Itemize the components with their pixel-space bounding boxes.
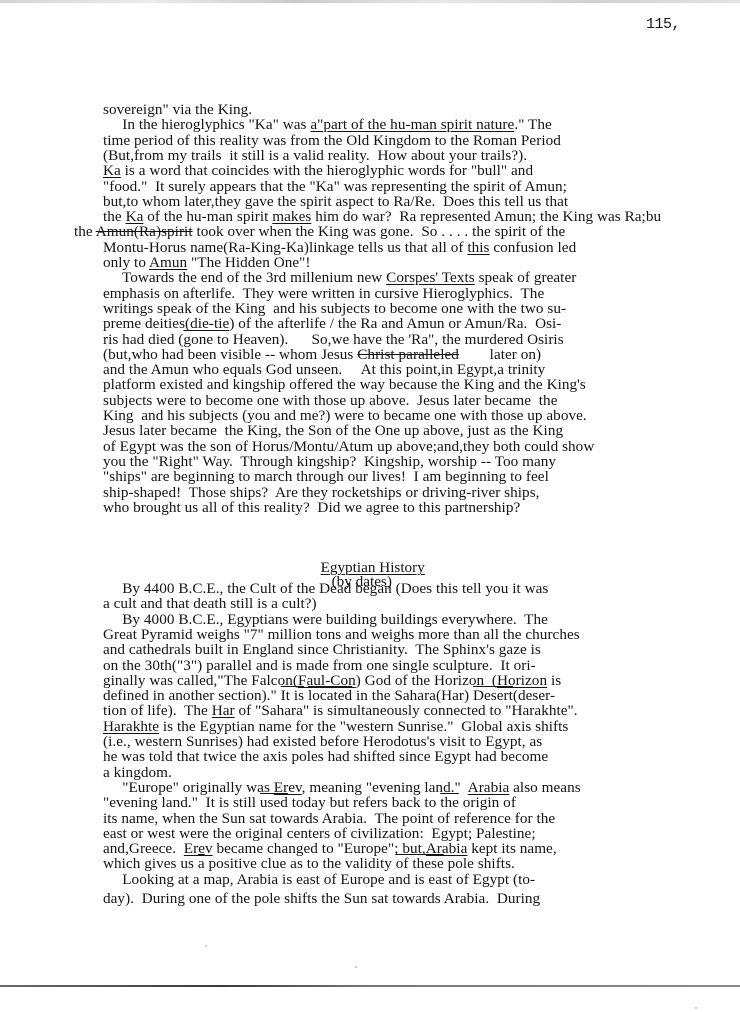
text-segment: Looking at a map, Arabia is east of Euro… <box>103 871 535 888</box>
text-segment: who brought us all of this reality? Did … <box>103 499 520 516</box>
scan-speck <box>205 945 207 947</box>
text-segment: also means <box>509 779 580 796</box>
text-segment: confusion led <box>489 239 576 256</box>
underlined-text: this <box>467 239 489 256</box>
footer-rule <box>0 985 740 987</box>
scan-speck <box>695 1007 697 1009</box>
text-line: Looking at a map, Arabia is east of Euro… <box>103 870 535 889</box>
text-segment: day). During one of the pole shifts the … <box>103 890 540 907</box>
text-line: day). During one of the pole shifts the … <box>103 889 540 908</box>
text-line: who brought us all of this reality? Did … <box>103 498 520 517</box>
scan-edge <box>0 0 740 3</box>
scan-speck <box>355 966 357 968</box>
page-number: 115, <box>646 16 680 33</box>
text-segment: the <box>74 223 96 240</box>
